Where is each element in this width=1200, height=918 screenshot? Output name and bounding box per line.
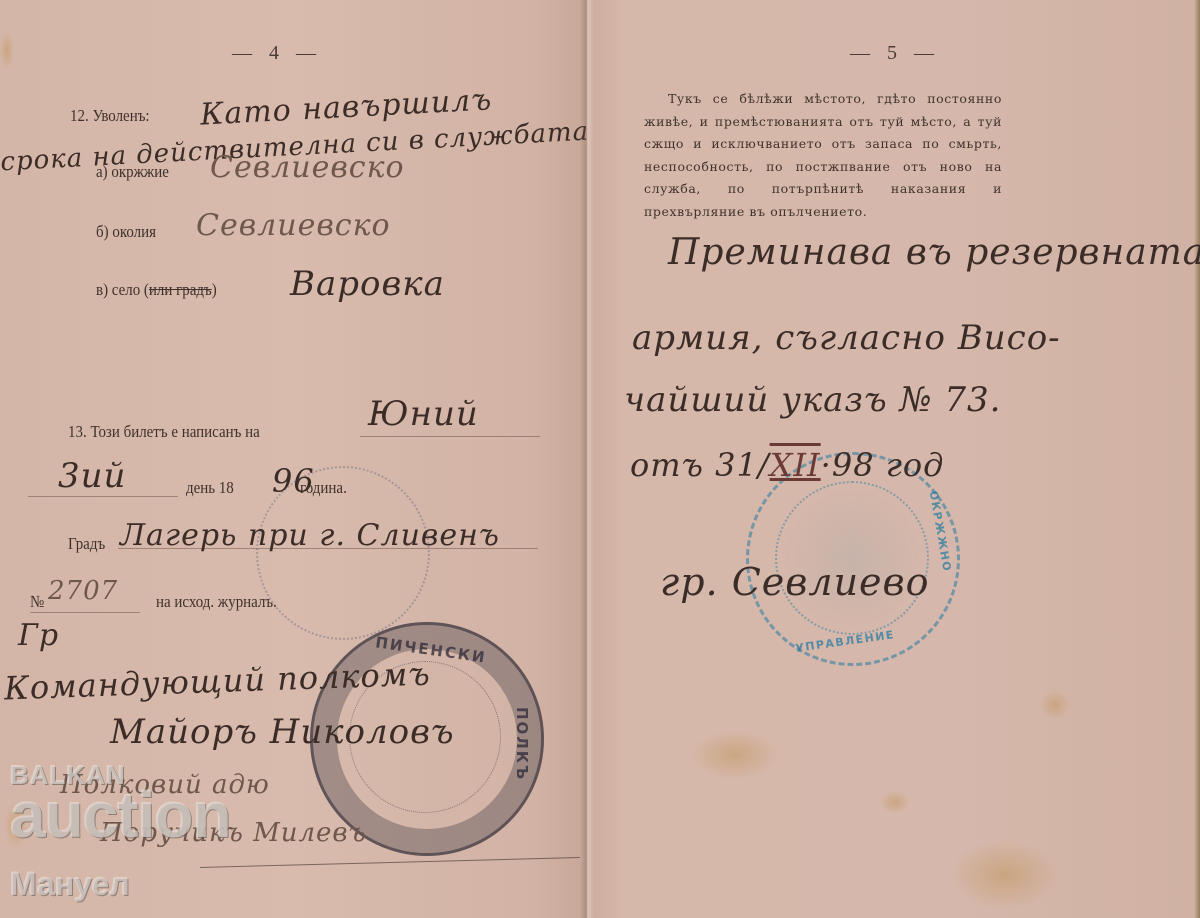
page-number-left: — 4 — — [232, 42, 322, 65]
village-value: Варовка — [290, 264, 445, 304]
stain — [1040, 690, 1070, 720]
city-label: Градъ — [68, 534, 105, 554]
district-value: Севлиевско — [210, 150, 405, 185]
journal-rule — [30, 612, 140, 613]
instructions-paragraph: Тукъ се бѣлѣжи мѣстото, гдѣто постоянно … — [644, 88, 1002, 223]
day-value: 3ий — [58, 456, 126, 496]
note-date-suffix: ·98 год — [821, 446, 945, 484]
district-office-stamp: УПРАВЛЕНИЕ ОКРЖЖНО — [746, 452, 960, 666]
page-number-right: — 5 — — [850, 42, 940, 65]
district-office-stamp-inner — [775, 481, 929, 635]
note-line4: отъ 31/XII·98 год — [630, 446, 944, 484]
month-value: Юний — [368, 394, 479, 434]
page-edge — [1194, 0, 1200, 918]
stain — [950, 840, 1060, 910]
faint-stamp — [256, 466, 430, 640]
stain — [0, 30, 14, 70]
stain — [690, 730, 780, 780]
item13-label: 13. Този билетъ е написанъ на — [68, 422, 260, 442]
journal-label: на исход. журналъ. — [156, 592, 277, 612]
day-label: день 18 — [186, 478, 234, 498]
note-line1: Преминава въ резервната — [668, 232, 1200, 273]
note-date-month: XII — [770, 446, 821, 484]
item12-label: 12. Уволенъ: — [70, 106, 150, 126]
stain — [880, 790, 910, 814]
county-label: б) околия — [96, 222, 156, 242]
village-label-suffix: ) — [212, 280, 217, 299]
village-label-prefix: в) село ( — [96, 280, 149, 299]
journal-prefix: № — [30, 592, 44, 612]
month-rule — [360, 436, 540, 437]
signature-underline — [200, 857, 580, 868]
watermark-manuel: Мануел — [10, 866, 130, 903]
watermark-auction: auction — [10, 778, 231, 852]
day-rule — [28, 496, 178, 497]
journal-number: 2707 — [48, 576, 118, 606]
open-booklet: — 4 — 12. Уволенъ: Като навършилъ срока … — [0, 0, 1200, 918]
note-line5: гр. Севлиево — [660, 560, 930, 604]
signature-line1: Гр — [18, 618, 59, 653]
instructions-text: Тукъ се бѣлѣжи мѣстото, гдѣто постоянно … — [644, 91, 1002, 219]
note-line2: армия, съгласно Висо- — [632, 318, 1061, 358]
note-date-prefix: отъ 31/ — [630, 446, 770, 484]
regiment-stamp-text-right: ПОЛКЪ — [513, 707, 531, 781]
village-label: в) село (или градъ) — [96, 280, 217, 300]
district-label: а) окржжие — [96, 162, 169, 182]
signature-line3: Майоръ Николовъ — [110, 712, 455, 752]
note-line3: чайший указъ № 73. — [624, 380, 1002, 420]
book-gutter — [580, 0, 594, 918]
village-label-struck: или градъ — [149, 280, 212, 299]
county-value: Севлиевско — [196, 208, 391, 243]
